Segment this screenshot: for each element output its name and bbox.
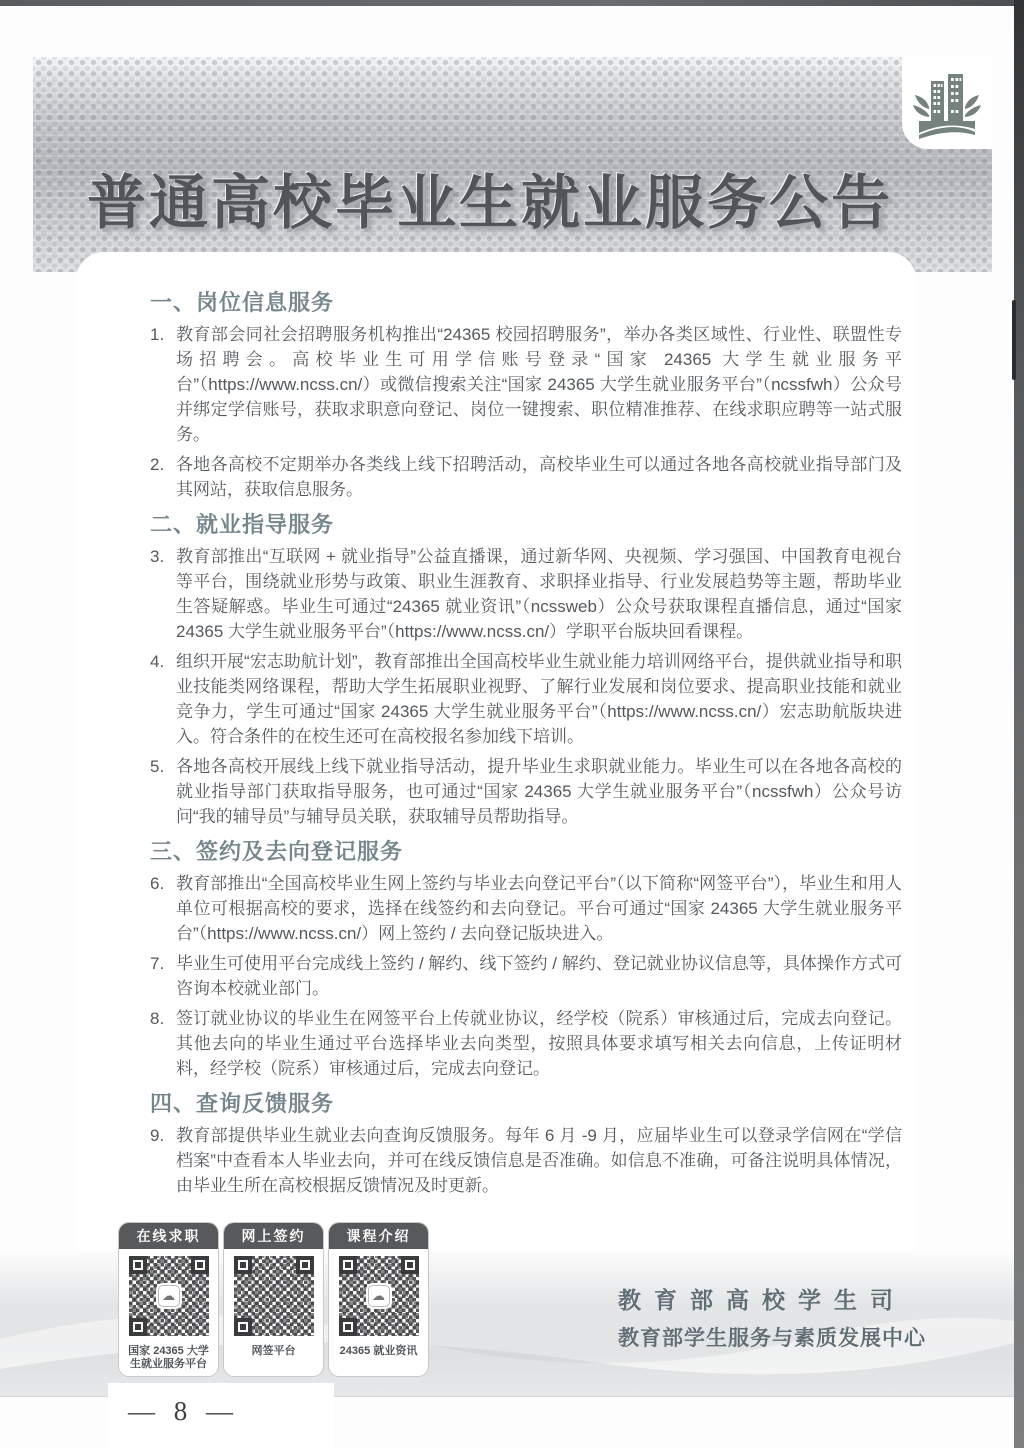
qr-card-course-intro: 课程介绍 ☁ 24365 就业资讯 [328,1222,429,1377]
qr-code: ☁ [129,1256,209,1336]
scan-edge-right [1014,0,1024,1448]
list-item: 4. 组织开展“宏志助航计划”，教育部推出全国高校毕业生就业能力培训网络平台，提… [150,649,902,749]
cloud-badge-icon: ☁ [158,1285,180,1307]
list-item: 2. 各地各高校不定期举办各类线上线下招聘活动，高校毕业生可以通过各地各高校就业… [150,452,902,502]
page-title: 普通高校毕业生就业服务公告 [87,155,959,240]
list-item: 3. 教育部推出“互联网 + 就业指导”公益直播课，通过新华网、央视频、学习强国… [150,544,902,644]
qr-card-online-signing: 网上签约 网签平台 [223,1222,324,1377]
list-item: 8. 签订就业协议的毕业生在网签平台上传就业协议，经学校（院系）审核通过后，完成… [150,1006,902,1081]
item-text: 毕业生可使用平台完成线上签约 / 解约、线下签约 / 解约、登记就业协议信息等，… [176,951,902,1001]
scan-artifact [1012,300,1016,380]
scan-edge-top [0,0,1024,6]
item-number: 4. [150,649,176,749]
signature-line-2: 教育部学生服务与素质发展中心 [618,1322,926,1352]
header-banner: 普通高校毕业生就业服务公告 [33,57,992,272]
qr-code [234,1256,314,1336]
qr-card-header: 网上签约 [224,1223,323,1249]
page-number: — 8 — [128,1396,239,1427]
item-number: 7. [150,951,176,1001]
list-item: 1. 教育部会同社会招聘服务机构推出“24365 校园招聘服务”，举办各类区域性… [150,322,902,447]
qr-card-header: 在线求职 [119,1223,218,1249]
list-item: 5. 各地各高校开展线上线下就业指导活动，提升毕业生求职就业能力。毕业生可以在各… [150,754,902,829]
section-heading-4: 四、查询反馈服务 [150,1092,902,1116]
item-number: 5. [150,754,176,829]
section-heading-2: 二、就业指导服务 [150,513,902,537]
qr-card-header: 课程介绍 [329,1223,428,1249]
qr-caption: 24365 就业资讯 [336,1343,422,1358]
cloud-badge-icon: ☁ [368,1285,390,1307]
item-number: 1. [150,322,176,447]
item-text: 签订就业协议的毕业生在网签平台上传就业协议，经学校（院系）审核通过后，完成去向登… [176,1006,902,1081]
item-text: 教育部推出“全国高校毕业生网上签约与毕业去向登记平台”（以下简称“网签平台”），… [176,871,902,946]
item-text: 教育部推出“互联网 + 就业指导”公益直播课，通过新华网、央视频、学习强国、中国… [176,544,902,644]
document-body: 一、岗位信息服务 1. 教育部会同社会招聘服务机构推出“24365 校园招聘服务… [150,291,902,1203]
item-number: 3. [150,544,176,644]
scanned-page: 普通高校毕业生就业服务公告 [0,0,1024,1448]
qr-caption: 网签平台 [248,1343,300,1358]
list-item: 7. 毕业生可使用平台完成线上签约 / 解约、线下签约 / 解约、登记就业协议信… [150,951,902,1001]
signature-block: 教育部高校学生司 教育部学生服务与素质发展中心 [618,1282,926,1352]
section-heading-3: 三、签约及去向登记服务 [150,840,902,864]
logo-box [902,57,992,149]
item-text: 教育部会同社会招聘服务机构推出“24365 校园招聘服务”，举办各类区域性、行业… [176,322,902,447]
campus-buildings-icon [911,69,983,143]
item-number: 9. [150,1123,176,1198]
qr-caption: 国家 24365 大学生就业服务平台 [119,1343,218,1371]
item-number: 2. [150,452,176,502]
qr-card-job-search: 在线求职 ☁ 国家 24365 大学生就业服务平台 [118,1222,219,1377]
item-text: 各地各高校不定期举办各类线上线下招聘活动，高校毕业生可以通过各地各高校就业指导部… [176,452,902,502]
item-text: 教育部提供毕业生就业去向查询反馈服务。每年 6 月 -9 月，应届毕业生可以登录… [176,1123,902,1198]
signature-line-1: 教育部高校学生司 [618,1282,926,1315]
item-number: 8. [150,1006,176,1081]
qr-section: 在线求职 ☁ 国家 24365 大学生就业服务平台 网上签约 网签平台 课程介绍 [118,1222,429,1377]
section-heading-1: 一、岗位信息服务 [150,291,902,315]
list-item: 9. 教育部提供毕业生就业去向查询反馈服务。每年 6 月 -9 月，应届毕业生可… [150,1123,902,1198]
qr-code: ☁ [339,1256,419,1336]
item-text: 组织开展“宏志助航计划”，教育部推出全国高校毕业生就业能力培训网络平台，提供就业… [176,649,902,749]
list-item: 6. 教育部推出“全国高校毕业生网上签约与毕业去向登记平台”（以下简称“网签平台… [150,871,902,946]
item-text: 各地各高校开展线上线下就业指导活动，提升毕业生求职就业能力。毕业生可以在各地各高… [176,754,902,829]
item-number: 6. [150,871,176,946]
